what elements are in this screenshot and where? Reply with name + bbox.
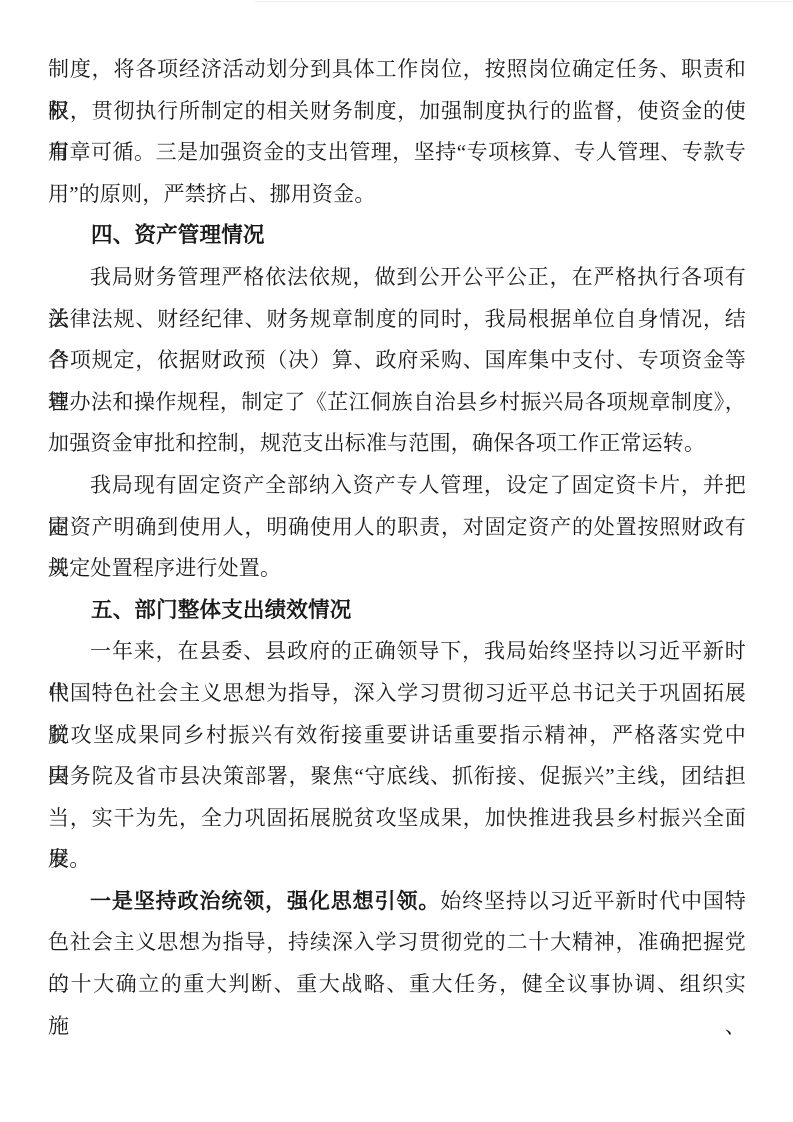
text-line: 贫攻坚成果同乡村振兴有效衔接重要讲话重要指示精神，严格落实党中央、 [48, 715, 746, 757]
text-line: 色社会主义思想为指导，持续深入学习贯彻党的二十大精神，准确把握党的 [48, 922, 746, 964]
text-line: 法律法规、财经纪律、财务规章制度的同时，我局根据单位自身情况，结合 [48, 299, 746, 341]
text-line: 用”的原则，严禁挤占、挪用资金。 [48, 174, 746, 216]
text-line: 当，实干为先，全力巩固拓展脱贫攻坚成果，加快推进我县乡村振兴全面发 [48, 798, 746, 840]
text-line: 有章可循。三是加强资金的支出管理，坚持“专项核算、专人管理、专款专 [48, 132, 746, 174]
text-line: 加强资金审批和控制，规范支出标准与范围，确保各项工作正常运转。 [48, 423, 746, 465]
text-line: 规定处置程序进行处置。 [48, 548, 746, 590]
text-line: 定资产明确到使用人，明确使用人的职责，对固定资产的处置按照财政有关 [48, 507, 746, 549]
lead-rest-text: 始终坚持以习近平新时代中国特 [440, 889, 746, 913]
text-line-bold-lead: 一是坚持政治统领，强化思想引领。始终坚持以习近平新时代中国特 [48, 881, 746, 923]
text-line: 一年来，在县委、县政府的正确领导下，我局始终坚持以习近平新时代 [48, 631, 746, 673]
text-line: 限，贯彻执行所制定的相关财务制度，加强制度执行的监督，使资金的使用 [48, 91, 746, 133]
document-page: 制度，将各项经济活动划分到具体工作岗位，按照岗位确定任务、职责和权 限，贯彻执行… [0, 0, 793, 1122]
bold-lead-text: 一是坚持政治统领，强化思想引领。 [90, 890, 440, 913]
text-line: 国务院及省市县决策部署，聚焦“守底线、抓衔接、促振兴”主线，团结担 [48, 756, 746, 798]
text-line: 理办法和操作规程，制定了《芷江侗族自治县乡村振兴局各项规章制度》， [48, 382, 746, 424]
text-line: 展。 [48, 839, 746, 881]
text-line: 各项规定，依据财政预（决）算、政府采购、国库集中支付、专项资金等管 [48, 340, 746, 382]
document-content: 制度，将各项经济活动划分到具体工作岗位，按照岗位确定任务、职责和权 限，贯彻执行… [48, 49, 746, 1006]
text-line: 二十大确立的重大判断、重大战略、重大任务，健全议事协调、组织实施、 [48, 964, 746, 1006]
text-line: 我局现有固定资产全部纳入资产专人管理，设定了固定资卡片，并把固 [48, 465, 746, 507]
section-heading-performance: 五、部门整体支出绩效情况 [48, 590, 746, 632]
section-heading-assets: 四、资产管理情况 [48, 215, 746, 257]
scan-artifact-line [255, 1, 793, 2]
text-line: 制度，将各项经济活动划分到具体工作岗位，按照岗位确定任务、职责和权 [48, 49, 746, 91]
text-line: 我局财务管理严格依法依规，做到公开公平公正，在严格执行各项有关 [48, 257, 746, 299]
text-line: 中国特色社会主义思想为指导，深入学习贯彻习近平总书记关于巩固拓展脱 [48, 673, 746, 715]
